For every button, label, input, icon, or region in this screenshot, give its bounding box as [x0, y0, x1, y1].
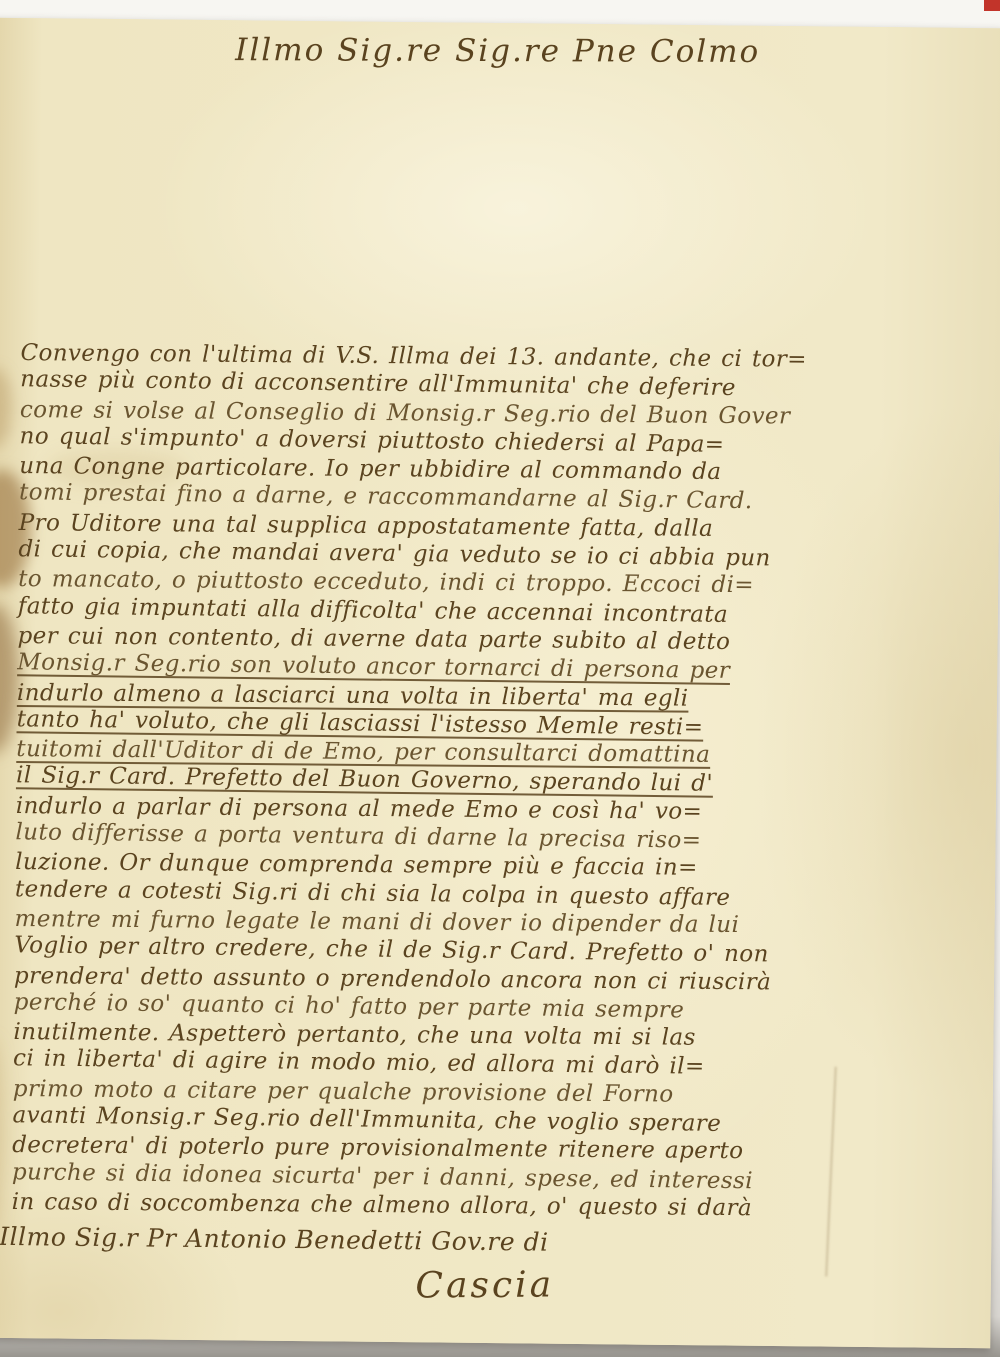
- scan-background: Illmo Sig.re Sig.re Pne Colmo Convengo c…: [0, 0, 1000, 1357]
- letter-paper: Illmo Sig.re Sig.re Pne Colmo Convengo c…: [0, 18, 1000, 1349]
- letter-body: Convengo con l'ultima di V.S. Illma dei …: [11, 338, 960, 1225]
- edge-stain: [0, 1038, 3, 1238]
- red-corner-mark: [984, 0, 1000, 11]
- letter-salutation: Illmo Sig.re Sig.re Pne Colmo: [0, 31, 1000, 71]
- edge-stain: [0, 368, 12, 448]
- letter-place-signature: Cascia: [0, 1261, 991, 1309]
- letter-address-line: Illmo Sig.r Pr Antonio Benedetti Gov.re …: [0, 1222, 549, 1257]
